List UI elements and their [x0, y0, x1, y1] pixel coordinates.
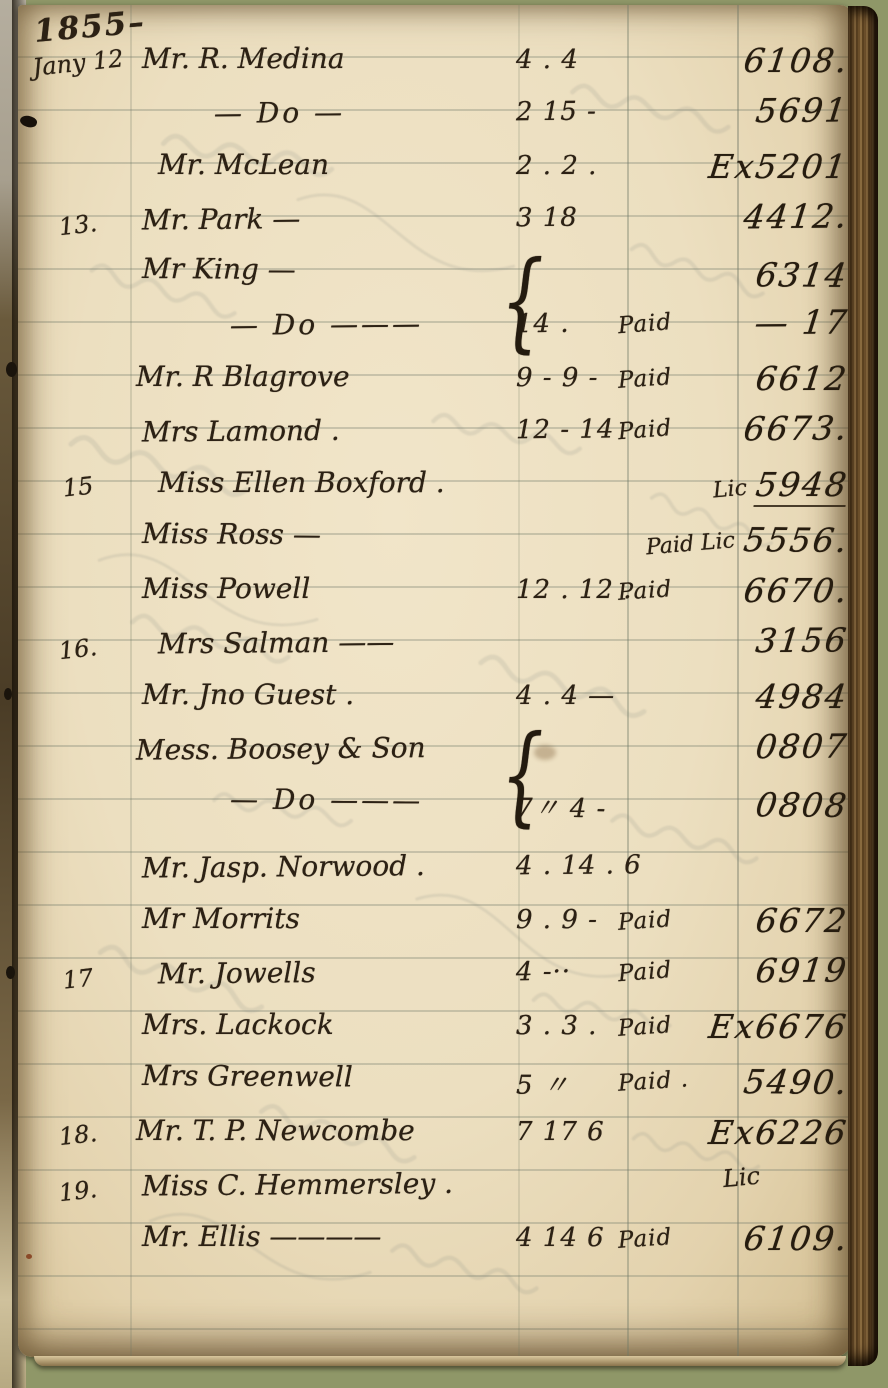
entry-name: Mr. Jno Guest . [142, 678, 528, 711]
ledger-number-cell: Ex6226 [709, 1113, 848, 1152]
brace-glyph: { [501, 247, 544, 357]
ledger-number-cell: 3156 [756, 620, 848, 660]
ledger-number-cell: Ex6676 [709, 1007, 848, 1046]
ledger-row: — Do ——— 7〃 4 - 0808 [18, 778, 852, 837]
entry-name: Miss C. Hemmersley . [142, 1166, 528, 1202]
ledger-row: 19. Miss C. Hemmersley . Lic [18, 1160, 852, 1220]
ledger-number: 6314 [754, 255, 851, 295]
ledger-number-cell: 6314 [756, 255, 848, 295]
ledger-row: 13. Mr. Park — 3 18 4412. [18, 194, 852, 254]
ledger-number: 5691 [754, 90, 850, 130]
scanned-ledger-photo: { "page": { "year": "1855–" }, "decor": … [0, 0, 888, 1388]
ledger-number-cell: 6612 [756, 359, 848, 398]
ledger-number: — 17 [752, 302, 850, 342]
ledger-number: Ex5201 [707, 147, 850, 186]
ledger-number-cell: 5691 [756, 90, 848, 130]
paid-annotation: Paid [617, 309, 673, 339]
ledger-row: 15 Miss Ellen Boxford . Lic 5948 [18, 463, 852, 516]
ledger-number: Ex6676 [707, 1007, 850, 1046]
ledger-number: 0807 [754, 726, 850, 766]
entry-name: Mrs Greenwell [142, 1059, 528, 1095]
entry-name: Mr. R Blagrove [136, 360, 522, 393]
entry-name: Mr. Jowells [158, 954, 544, 990]
entry-date: 17 [27, 960, 130, 999]
ledger-row: — Do ——— 14 . Paid — 17 [18, 300, 852, 360]
ledger-row: Mr. Ellis ———— 4 14 6 Paid 6109. [18, 1217, 852, 1270]
ledger-number: 5490. [741, 1062, 851, 1102]
ledger-row: Mrs. Lackock 3 . 3 . Paid Ex6676 [18, 1005, 852, 1058]
paid-annotation: Paid [617, 957, 673, 987]
ink-blot [4, 688, 12, 700]
ledger-number-cell: Paid Lic 5556. [645, 519, 848, 559]
ledger-row: Miss Powell 12 . 12 . Paid 6670. [18, 569, 852, 622]
ledger-number-cell: 6670. [744, 571, 848, 610]
ledger-number-cell: Ex5201 [709, 147, 848, 186]
entry-amount: 4 . 14 . 6 [516, 850, 646, 881]
ledger-number: 6612 [754, 359, 851, 398]
page-bottom-edge [34, 1356, 846, 1366]
entry-date: 16. [27, 630, 130, 669]
entry-amount: 2 15 - [516, 96, 646, 127]
ledger-number-cell: 6673. [743, 408, 848, 448]
ledger-number-cell: 6672 [756, 901, 848, 940]
paid-annotation: Paid [617, 1224, 673, 1254]
ledger-number: 3156 [754, 620, 850, 660]
ledger-number-cell: 0808 [756, 785, 848, 825]
ledger-number-cell: 5490. [743, 1062, 848, 1102]
entry-name: Mrs Salman —— [158, 624, 544, 660]
paid-annotation: Paid [617, 364, 673, 394]
ink-blot [6, 966, 15, 979]
entry-name: Miss Ross — [142, 517, 528, 553]
lic-annotation: Lic [712, 476, 748, 504]
ledger-number: 0808 [754, 785, 851, 825]
ledger-row: Mr. Jasp. Norwood . 4 . 14 . 6 [18, 842, 852, 902]
entry-name: Mr Morrits [142, 902, 528, 935]
ledger-entries: Jany 12 Mr. R. Medina 4 . 4 6108. — Do —… [18, 39, 852, 1270]
paid-annotation: Paid [617, 906, 673, 936]
ledger-number-cell: 4412. [743, 196, 848, 236]
entry-name: Mr. Jasp. Norwood . [142, 848, 528, 884]
ledger-number: 4984 [754, 677, 851, 716]
entry-name: Mrs Lamond . [142, 412, 528, 448]
ledger-row: 18. Mr. T. P. Newcombe 7 17 6 Ex6226 [18, 1111, 852, 1164]
entry-amount: 7 17 6 [516, 1117, 646, 1147]
ledger-row: Mr Morrits 9 . 9 - Paid 6672 [18, 899, 852, 952]
entry-name: Mess. Boosey & Son [136, 730, 522, 766]
brace-glyph: { [501, 721, 544, 831]
entry-name: Mr. R. Medina [142, 42, 528, 75]
entry-name: Mr. McLean [158, 148, 544, 181]
ledger-number: 6108. [741, 41, 850, 80]
ledger-row: Mrs Greenwell 5 〃 Paid . 5490. [18, 1055, 852, 1114]
ink-blot [6, 362, 17, 377]
ledger-row: Miss Ross — Paid Lic 5556. [18, 513, 852, 572]
ledger-number: 6670. [741, 571, 850, 610]
entry-amount: 4 . 4 [516, 45, 646, 75]
rust-speck [26, 1254, 32, 1259]
entry-name: Mr. T. P. Newcombe [136, 1114, 522, 1147]
ledger-page: 1855– Jany 12 Mr. R. Medina 4 . 4 6108. … [18, 5, 852, 1357]
lic-annotation: Paid Lic [645, 528, 736, 560]
ledger-row: — Do — 2 15 - 5691 [18, 88, 852, 148]
paid-annotation: Paid . [617, 1066, 689, 1096]
ledger-number: 4412. [741, 196, 850, 236]
book-page-stack-edge [848, 6, 878, 1366]
ledger-number: 6109. [741, 1219, 850, 1258]
paid-annotation: Paid [617, 415, 673, 445]
ledger-number-cell: 6109. [744, 1219, 848, 1258]
ledger-row: Mess. Boosey & Son 0807 [18, 724, 852, 784]
ledger-number: Ex6226 [707, 1113, 850, 1152]
entry-name: Mr King — [142, 252, 528, 288]
ledger-number-cell: 4984 [756, 677, 848, 716]
entry-date: 18. [27, 1116, 129, 1154]
ledger-number: 6919 [754, 950, 850, 990]
ledger-number: 6673. [741, 408, 850, 448]
ink-stain [534, 745, 556, 760]
entry-amount: 3 18 [516, 202, 646, 233]
paid-annotation: Paid [617, 576, 673, 606]
entry-date: 15 [27, 468, 129, 506]
ledger-row: 16. Mrs Salman —— 3156 [18, 618, 852, 678]
entry-name: Mr. Park — [142, 200, 528, 236]
ledger-number: 6672 [754, 901, 851, 940]
ledger-number-cell: Lic 5948 [713, 465, 848, 507]
ledger-number-cell: Lic [723, 1162, 848, 1191]
entry-date: 13. [27, 206, 130, 245]
ledger-number-cell: 0807 [756, 726, 848, 766]
ledger-row: Jany 12 Mr. R. Medina 4 . 4 6108. [18, 39, 852, 92]
ledger-row: Mr. R Blagrove 9 - 9 - Paid 6612 [18, 357, 852, 410]
entry-name: Miss Ellen Boxford . [158, 466, 544, 499]
ledger-row: Mr. Jno Guest . 4 . 4 — 4984 [18, 675, 852, 728]
entry-amount: 2 . 2 . [516, 151, 646, 181]
ledger-row: Mr King — 6314 [18, 248, 852, 307]
ledger-number: 5948 [753, 465, 850, 507]
entry-amount: 4 . 4 — [516, 681, 646, 711]
entry-date: Jany 12 [27, 44, 129, 82]
entry-name: Mrs. Lackock [142, 1008, 528, 1041]
entry-date: 19. [27, 1172, 130, 1211]
ledger-row: 17 Mr. Jowells 4 -·· Paid 6919 [18, 948, 852, 1008]
ledger-row: Mr. McLean 2 . 2 . Ex5201 [18, 145, 852, 198]
ledger-number: 5556. [741, 520, 851, 560]
ledger-number-cell: 6919 [756, 950, 848, 990]
ledger-row: Mrs Lamond . 12 - 14 Paid 6673. [18, 406, 852, 466]
paid-annotation: Paid [617, 1012, 673, 1042]
lic-annotation: Lic [722, 1162, 762, 1193]
ledger-number-cell: 6108. [744, 41, 848, 80]
entry-name: Mr. Ellis ———— [142, 1220, 528, 1253]
ledger-number-cell: — 17 [754, 302, 848, 342]
entry-name: Miss Powell [142, 572, 528, 605]
